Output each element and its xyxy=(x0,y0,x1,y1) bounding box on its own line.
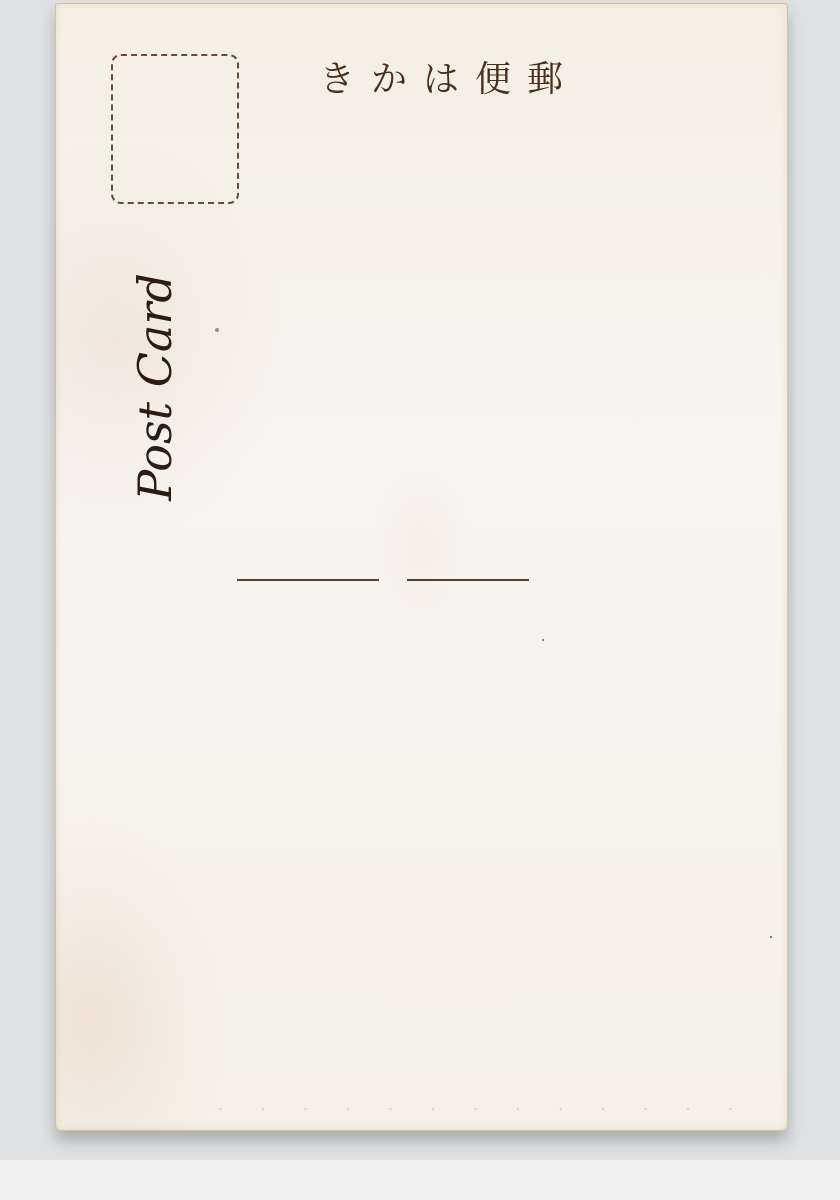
speck xyxy=(215,328,219,332)
bottom-strip xyxy=(0,1160,840,1200)
post-card-script-text: Post Card xyxy=(123,237,187,537)
stamp-placement-box xyxy=(111,54,239,204)
speck xyxy=(770,936,772,938)
postcard-back: きかは便郵 Post Card ・ ・ ・ ・ ・ ・ ・ ・ ・ ・ ・ ・ … xyxy=(55,3,788,1131)
postcard-header-text: きかは便郵 xyxy=(319,51,579,102)
speck xyxy=(542,639,544,641)
publisher-imprint: ・ ・ ・ ・ ・ ・ ・ ・ ・ ・ ・ ・ ・ xyxy=(215,1101,615,1121)
address-line-right xyxy=(407,579,529,581)
post-card-script: Post Card xyxy=(123,231,187,541)
address-line-left xyxy=(237,579,379,581)
